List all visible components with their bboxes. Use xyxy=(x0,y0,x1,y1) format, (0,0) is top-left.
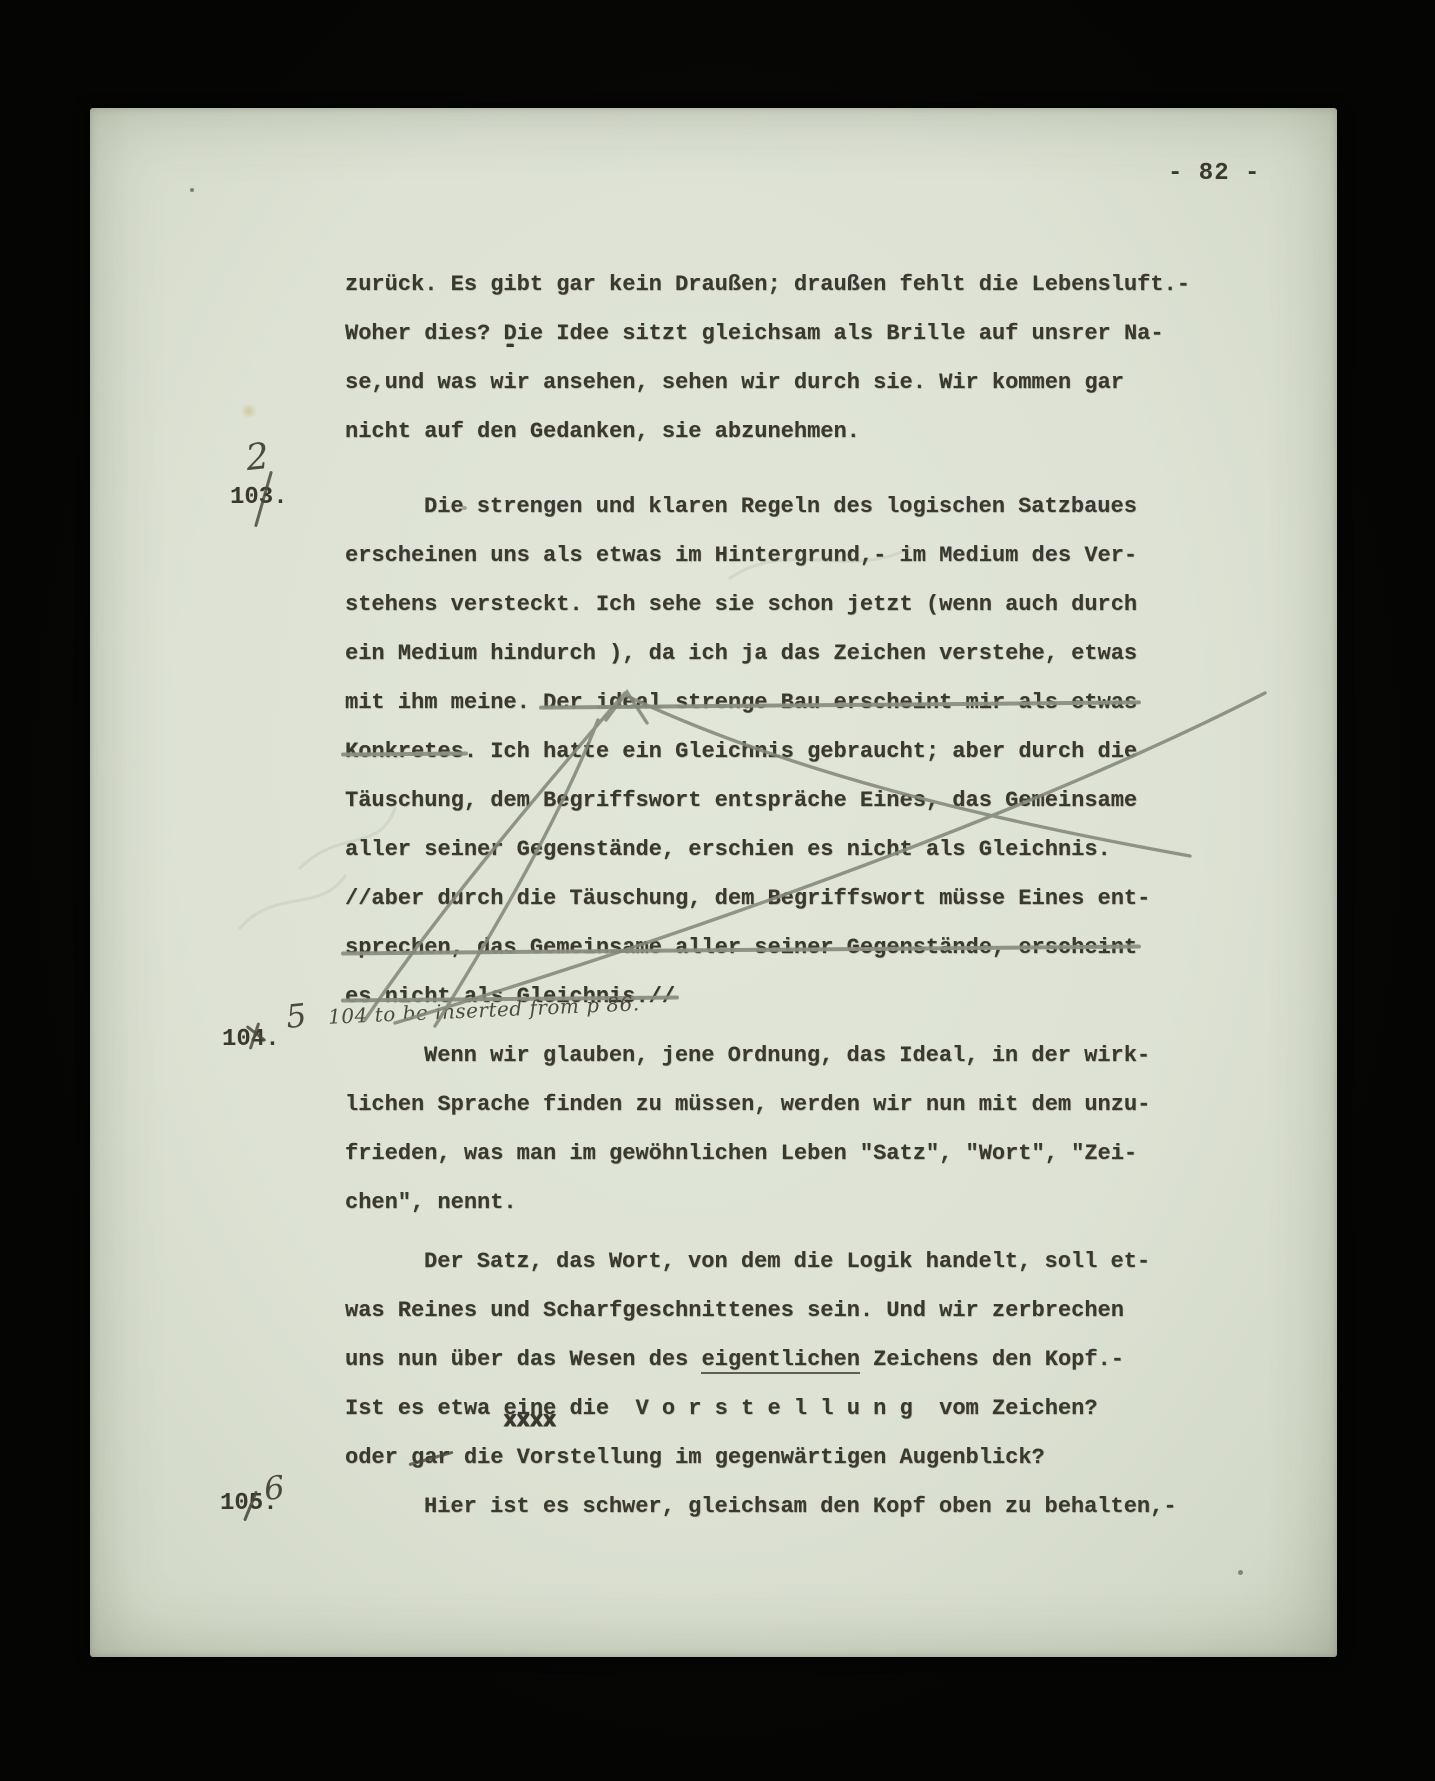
text-segment: Täuschung, dem Begriffswort entspräche E… xyxy=(345,788,1137,813)
typed-line: lichen Sprache finden zu müssen, werden … xyxy=(345,1080,1225,1129)
text-segment: Ist es etwa xyxy=(345,1396,503,1421)
text-segment: zurück. Es gibt gar kein Draußen; drauße… xyxy=(345,272,1190,297)
typed-line: sprechen, das Gemeinsame aller seiner Ge… xyxy=(345,923,1225,972)
text-segment-blot: D xyxy=(503,321,516,346)
text-segment: stehens versteckt. Ich sehe sie schon je… xyxy=(345,592,1137,617)
text-segment: Der Satz, das Wort, von dem die Logik ha… xyxy=(424,1249,1150,1274)
text-segment-strike: sprechen, das Gemeinsame aller seiner Ge… xyxy=(345,935,1137,960)
text-segment: oder xyxy=(345,1445,411,1470)
text-segment: se,und was wir ansehen, sehen wir durch … xyxy=(345,370,1124,395)
typed-line: Täuschung, dem Begriffswort entspräche E… xyxy=(345,776,1225,825)
handwritten-correction-5: 5 xyxy=(284,999,308,1033)
scanned-document-background: - 82 - zurück. Es gibt gar kein Draußen;… xyxy=(0,0,1435,1781)
typed-line: se,und was wir ansehen, sehen wir durch … xyxy=(345,358,1225,407)
typed-line: Konkretes. Ich hatte ein Gleichnis gebra… xyxy=(345,727,1225,776)
text-segment-blot: eine xyxy=(503,1396,556,1421)
text-segment: ein Medium hindurch ), da ich ja das Zei… xyxy=(345,641,1137,666)
text-segment-underline: eigentlichen xyxy=(701,1347,859,1374)
typed-line: nicht auf den Gedanken, sie abzunehmen. xyxy=(345,407,1225,456)
typed-line: was Reines und Scharfgeschnittenes sein.… xyxy=(345,1286,1225,1335)
typed-line: aller seiner Gegenstände, erschien es ni… xyxy=(345,825,1225,874)
text-segment: die Vorstellung im gegenwärtigen Augenbl… xyxy=(451,1445,1045,1470)
paragraph: Hier ist es schwer, gleichsam den Kopf o… xyxy=(345,1482,1225,1531)
typed-line: Der Satz, das Wort, von dem die Logik ha… xyxy=(345,1237,1225,1286)
typed-line: chen", nennt. xyxy=(345,1178,1225,1227)
text-segment-strike: Der ideal strenge Bau erscheint mir als … xyxy=(543,690,1137,715)
handwritten-correction-6: 6 xyxy=(262,1471,286,1505)
text-segment: //aber durch die Täuschung, dem Begriffs… xyxy=(345,886,1150,911)
text-segment: Woher dies? xyxy=(345,321,503,346)
typed-line: Wenn wir glauben, jene Ordnung, das Idea… xyxy=(345,1031,1225,1080)
paragraph: Die strengen und klaren Regeln des logis… xyxy=(345,482,1225,1021)
typed-line: stehens versteckt. Ich sehe sie schon je… xyxy=(345,580,1225,629)
typed-line: //aber durch die Täuschung, dem Begriffs… xyxy=(345,874,1225,923)
text-segment: . Ich hatte ein Gleichnis gebraucht; abe… xyxy=(464,739,1137,764)
typed-line: oder gar die Vorstellung im gegenwärtige… xyxy=(345,1433,1225,1482)
text-segment: Wenn wir glauben, jene Ordnung, das Idea… xyxy=(424,1043,1150,1068)
text-segment: Die strengen und klaren Regeln des logis… xyxy=(424,494,1137,519)
typed-line: zurück. Es gibt gar kein Draußen; drauße… xyxy=(345,260,1225,309)
typed-line: Hier ist es schwer, gleichsam den Kopf o… xyxy=(345,1482,1225,1531)
paper-speck xyxy=(462,506,467,510)
handwritten-correction-2: 2 xyxy=(244,439,271,477)
text-segment: uns nun über das Wesen des xyxy=(345,1347,701,1372)
typed-line: frieden, was man im gewöhnlichen Leben "… xyxy=(345,1129,1225,1178)
typed-line: erscheinen uns als etwas im Hintergrund,… xyxy=(345,531,1225,580)
text-segment: lichen Sprache finden zu müssen, werden … xyxy=(345,1092,1150,1117)
text-segment: die V o r s t e l l u n g vom Zeichen? xyxy=(556,1396,1097,1421)
page-number: - 82 - xyxy=(1168,160,1260,187)
text-segment: erscheinen uns als etwas im Hintergrund,… xyxy=(345,543,1137,568)
text-segment: nicht auf den Gedanken, sie abzunehmen. xyxy=(345,419,860,444)
text-segment: Zeichens den Kopf.- xyxy=(860,1347,1124,1372)
typed-line: ein Medium hindurch ), da ich ja das Zei… xyxy=(345,629,1225,678)
typescript-page: - 82 - zurück. Es gibt gar kein Draußen;… xyxy=(90,108,1337,1657)
typed-line: uns nun über das Wesen des eigentlichen … xyxy=(345,1335,1225,1384)
typed-text-column: zurück. Es gibt gar kein Draußen; drauße… xyxy=(345,260,1225,1531)
paper-stain xyxy=(240,404,258,418)
text-segment-slash: gar xyxy=(411,1445,451,1470)
paragraph: zurück. Es gibt gar kein Draußen; drauße… xyxy=(345,260,1225,456)
typed-line: Woher dies? Die Idee sitzt gleichsam als… xyxy=(345,309,1225,358)
typed-line: Die strengen und klaren Regeln des logis… xyxy=(345,482,1225,531)
ghost-mark xyxy=(240,876,345,928)
typed-line: mit ihm meine. Der ideal strenge Bau ers… xyxy=(345,678,1225,727)
text-segment: aller seiner Gegenstände, erschien es ni… xyxy=(345,837,1111,862)
paper-speck xyxy=(190,188,194,192)
text-segment: chen", nennt. xyxy=(345,1190,517,1215)
text-segment-strike: Konkretes xyxy=(345,739,464,764)
paragraph: Wenn wir glauben, jene Ordnung, das Idea… xyxy=(345,1031,1225,1227)
paper-speck xyxy=(1238,1570,1243,1575)
text-segment: Hier ist es schwer, gleichsam den Kopf o… xyxy=(424,1494,1177,1519)
text-segment: mit ihm meine. xyxy=(345,690,543,715)
paragraph: Der Satz, das Wort, von dem die Logik ha… xyxy=(345,1237,1225,1482)
text-segment: was Reines und Scharfgeschnittenes sein.… xyxy=(345,1298,1124,1323)
typed-line: Ist es etwa eine die V o r s t e l l u n… xyxy=(345,1384,1225,1433)
text-segment: ie Idee sitzt gleichsam als Brille auf u… xyxy=(517,321,1164,346)
text-segment: frieden, was man im gewöhnlichen Leben "… xyxy=(345,1141,1137,1166)
